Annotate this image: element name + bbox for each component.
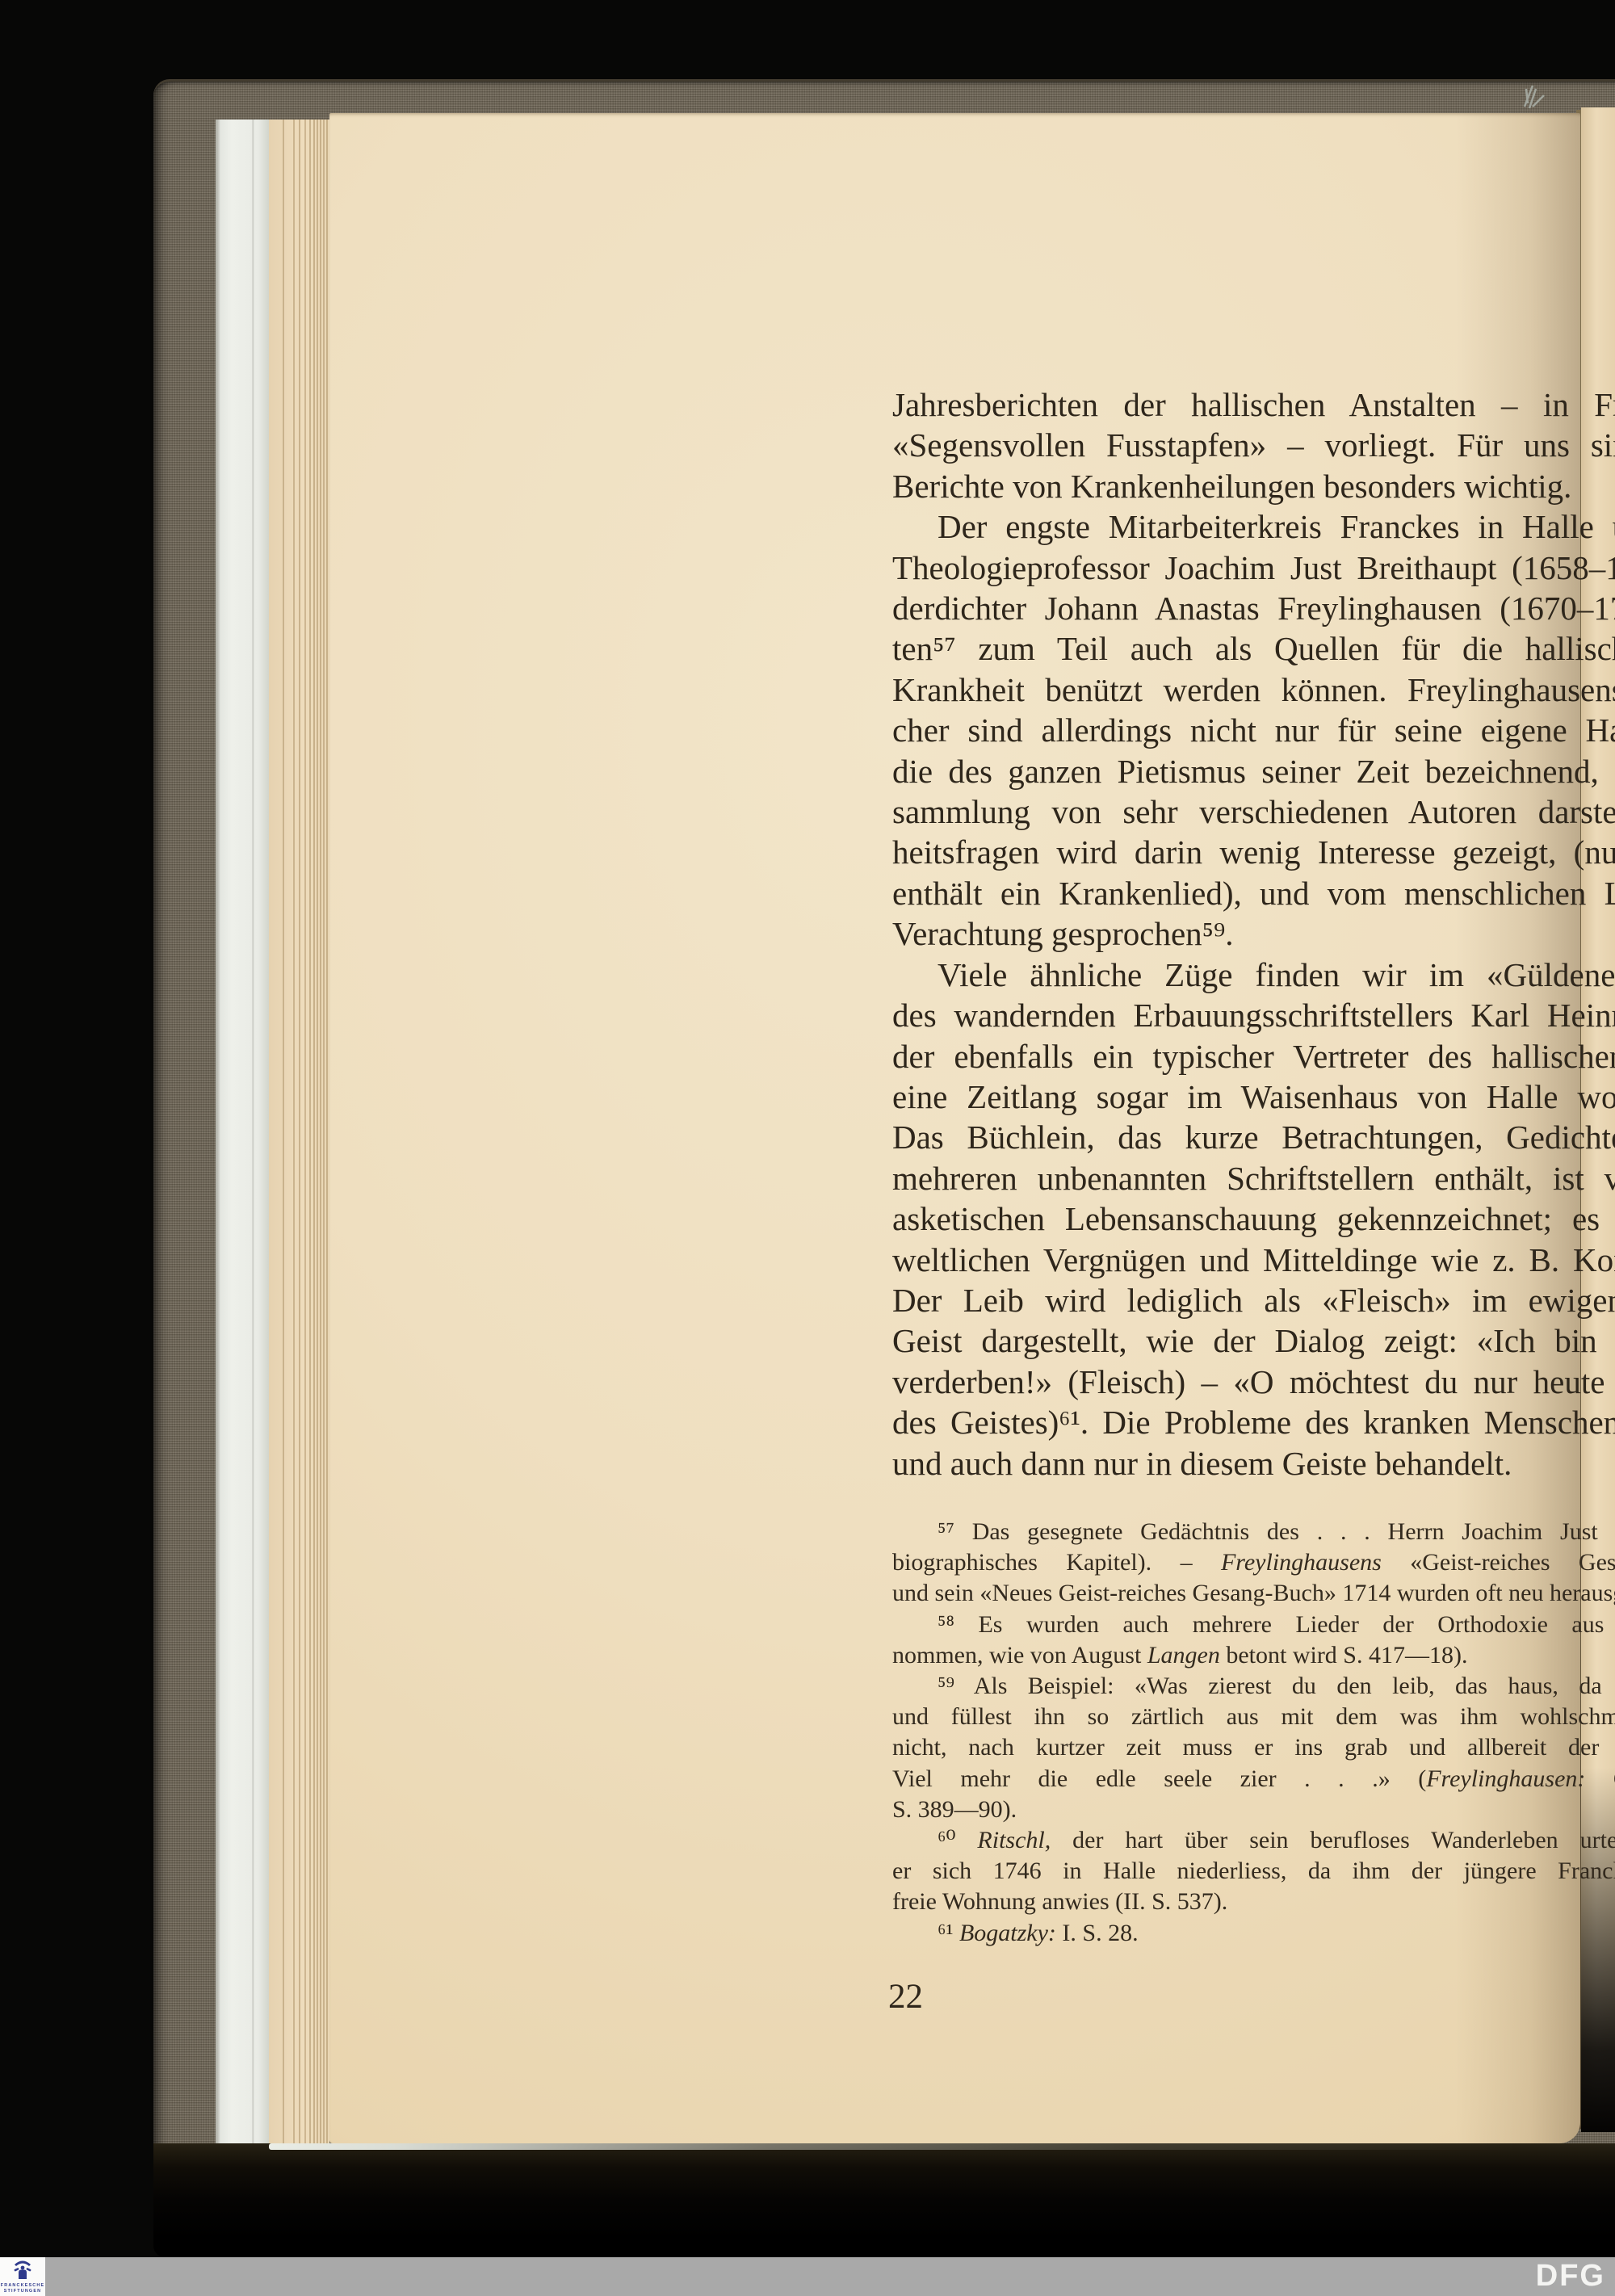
text-line: Geist dargestellt, wie der Dialog zeigt:… (892, 1320, 1615, 1361)
text-line: eine Zeitlang sogar im Waisenhaus von Ha… (892, 1077, 1615, 1117)
text-line: weltlichen Vergnügen und Mitteldinge wie… (892, 1240, 1615, 1280)
text-line: ten⁵⁷ zum Teil auch als Quellen für die … (892, 628, 1615, 669)
text-line: nommen, wie von August Langen betont wir… (892, 1640, 1615, 1671)
text-line: nicht, nach kurtzer zeit muss er ins gra… (892, 1732, 1615, 1763)
scan-photo: { "page": { "number": "22", "body_lines"… (0, 0, 1615, 2296)
text-line: verderben!» (Fleisch) – «O möchtest du n… (892, 1362, 1615, 1402)
text-line: Berichte von Krankenheilungen besonders … (892, 466, 1615, 506)
text-line: die des ganzen Pietismus seiner Zeit bez… (892, 751, 1615, 791)
body-text: Jahresberichten der hallischen Anstalten… (892, 384, 1615, 1484)
text-line: der ebenfalls ein typischer Vertreter de… (892, 1036, 1615, 1077)
text-line: asketischen Lebensanschauung gekennzeich… (892, 1198, 1615, 1239)
text-line: Viel mehr die edle seele zier . . .» (Fr… (892, 1764, 1615, 1794)
text-line: des wandernden Erbauungsschriftstellers … (892, 995, 1615, 1035)
text-line: ⁵⁹ Als Beispiel: «Was zierest du den lei… (892, 1671, 1615, 1702)
text-line: derdichter Johann Anastas Freylinghausen… (892, 588, 1615, 628)
logo-text-line1: FRANCKESCHE (1, 2283, 45, 2289)
franckesche-stiftungen-logo: FRANCKESCHE STIFTUNGEN (0, 2257, 45, 2296)
text-line: ⁶⁰ Ritschl, der hart über sein beruflose… (892, 1825, 1615, 1856)
text-line: Das Büchlein, das kurze Betrachtungen, G… (892, 1117, 1615, 1157)
text-line: Der engste Mitarbeiterkreis Franckes in … (892, 506, 1615, 547)
text-line: Jahresberichten der hallischen Anstalten… (892, 384, 1615, 425)
stiftungen-emblem-icon (12, 2259, 33, 2283)
text-line: S. 389—90). (892, 1794, 1615, 1825)
text-line: ⁵⁸ Es wurden auch mehrere Lieder der Ort… (892, 1610, 1615, 1640)
bookmark-thread-icon (1508, 79, 1554, 118)
text-line: sammlung von sehr verschiedenen Autoren … (892, 791, 1615, 832)
text-line: ⁵⁷ Das gesegnete Gedächtnis des . . . He… (892, 1517, 1615, 1547)
scan-footer-bar: FRANCKESCHE STIFTUNGEN DFG (0, 2257, 1615, 2296)
text-line: ⁶¹ Bogatzky: I. S. 28. (892, 1918, 1615, 1949)
text-line: und füllest ihn so zärtlich aus mit dem … (892, 1702, 1615, 1732)
page-edge-stack (269, 120, 329, 2143)
dfg-logo: DFG (1536, 2259, 1605, 2294)
book-page: Jahresberichten der hallischen Anstalten… (329, 113, 1580, 2143)
text-line: «Segensvollen Fusstapfen» – vorliegt. Fü… (892, 425, 1615, 465)
text-line: er sich 1746 in Halle niederliess, da ih… (892, 1856, 1615, 1887)
text-line: des Geistes)⁶¹. Die Probleme des kranken… (892, 1402, 1615, 1442)
page-number: 22 (888, 1977, 923, 2017)
text-line: freie Wohnung anwies (II. S. 537). (892, 1887, 1615, 1917)
text-line: Viele ähnliche Züge finden wir im «Gülde… (892, 955, 1615, 995)
book-bottom-shadow (153, 2143, 1615, 2257)
logo-text-line2: STIFTUNGEN (4, 2289, 41, 2294)
text-line: und sein «Neues Geist-reiches Gesang-Buc… (892, 1578, 1615, 1609)
text-line: heitsfragen wird darin wenig Interesse g… (892, 832, 1615, 872)
endpaper-bottom-sliver (269, 2143, 1516, 2150)
text-line: cher sind allerdings nicht nur für seine… (892, 710, 1615, 750)
endpaper-fore-edge (216, 120, 269, 2148)
text-line: mehreren unbenannten Schriftstellern ent… (892, 1158, 1615, 1198)
text-line: Krankheit benützt werden können. Freylin… (892, 669, 1615, 710)
footnotes: ⁵⁷ Das gesegnete Gedächtnis des . . . He… (892, 1517, 1615, 1949)
text-line: Theologieprofessor Joachim Just Breithau… (892, 548, 1615, 588)
text-line: enthält ein Krankenlied), und vom mensch… (892, 873, 1615, 913)
text-line: biographisches Kapitel). – Freylinghause… (892, 1547, 1615, 1578)
text-line: und auch dann nur in diesem Geiste behan… (892, 1443, 1615, 1484)
text-line: Der Leib wird lediglich als «Fleisch» im… (892, 1280, 1615, 1320)
text-line: Verachtung gesprochen⁵⁹. (892, 913, 1615, 954)
